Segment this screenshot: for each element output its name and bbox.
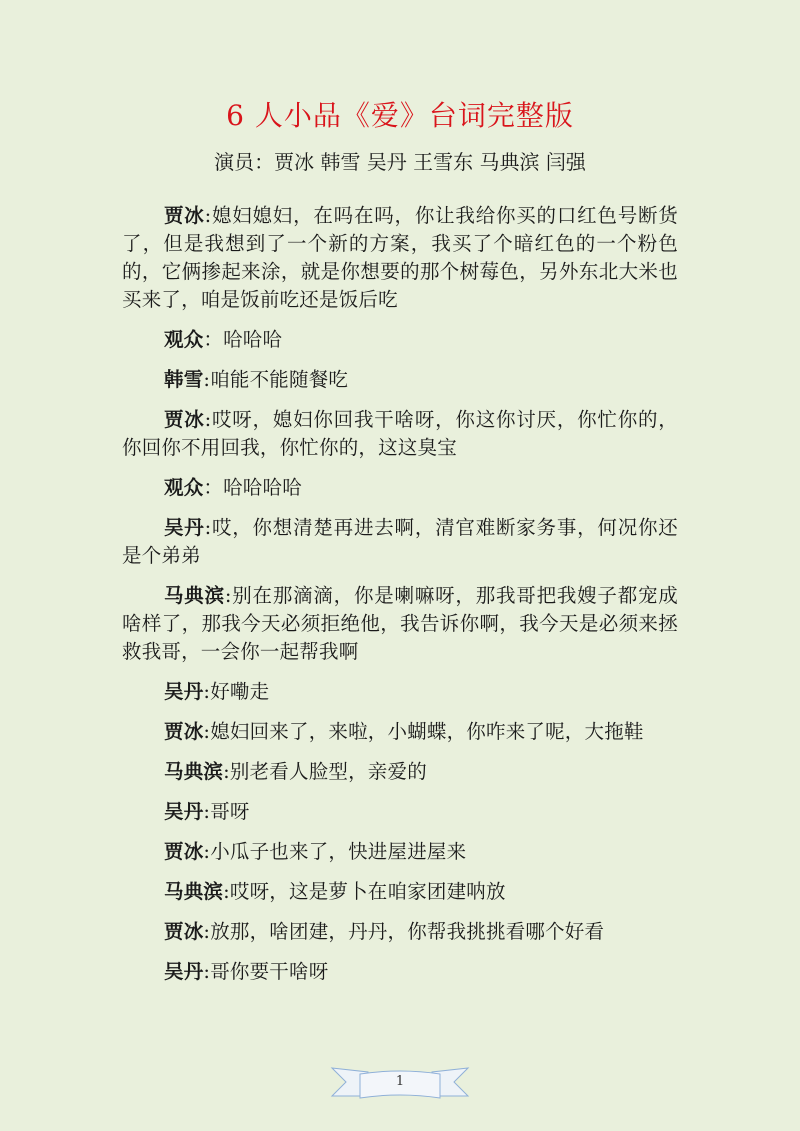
- dialogue-text: 哎呀，这是萝卜在咱家团建呐放: [230, 880, 506, 903]
- dialogue-line: 韩雪:咱能不能随餐吃: [122, 366, 678, 394]
- dialogue-line: 贾冰:媳妇媳妇，在吗在吗，你让我给你买的口红色号断货了，但是我想到了一个新的方案…: [122, 202, 678, 314]
- dialogue-line: 吴丹:哥你要干啥呀: [122, 958, 678, 986]
- dialogue-line: 马典滨:别老看人脸型，亲爱的: [122, 758, 678, 786]
- dialogue-line: 贾冰:放那，啥团建，丹丹，你帮我挑挑看哪个好看: [122, 918, 678, 946]
- speaker-name: 马典滨: [164, 584, 225, 607]
- speaker-name: 韩雪: [164, 368, 203, 391]
- speaker-name: 贾冰: [164, 840, 203, 863]
- dialogue-text: 小瓜子也来了，快进屋进屋来: [210, 840, 466, 863]
- speaker-name: 贾冰: [164, 720, 203, 743]
- dialogue-text: 好嘞走: [210, 680, 269, 703]
- dialogue-text: 媳妇回来了，来啦，小蝴蝶，你咋来了呢，大拖鞋: [210, 720, 643, 743]
- dialogue-text: 哥呀: [210, 800, 249, 823]
- dialogue-line: 观众：哈哈哈: [122, 326, 678, 354]
- dialogue-text: 放那，啥团建，丹丹，你帮我挑挑看哪个好看: [210, 920, 604, 943]
- speaker-name: 吴丹: [164, 960, 203, 983]
- cast-list: 演员：贾冰 韩雪 吴丹 王雪东 马典滨 闫强: [0, 148, 800, 176]
- dialogue-line: 吴丹:好嘞走: [122, 678, 678, 706]
- dialogue-line: 马典滨:别在那滴滴，你是喇嘛呀，那我哥把我嫂子都宠成啥样了，那我今天必须拒绝他，…: [122, 582, 678, 666]
- dialogue-line: 贾冰:哎呀，媳妇你回我干啥呀，你这你讨厌，你忙你的，你回你不用回我，你忙你的，这…: [122, 406, 678, 462]
- script-body: 贾冰:媳妇媳妇，在吗在吗，你让我给你买的口红色号断货了，但是我想到了一个新的方案…: [122, 202, 678, 998]
- dialogue-text: 哥你要干啥呀: [210, 960, 328, 983]
- dialogue-text: 别老看人脸型，亲爱的: [230, 760, 427, 783]
- speaker-separator: :: [223, 760, 230, 783]
- speaker-name: 吴丹: [164, 680, 203, 703]
- speaker-name: 吴丹: [164, 800, 203, 823]
- dialogue-line: 贾冰:媳妇回来了，来啦，小蝴蝶，你咋来了呢，大拖鞋: [122, 718, 678, 746]
- dialogue-text: 哈哈哈: [223, 328, 282, 351]
- speaker-name: 吴丹: [164, 516, 205, 539]
- speaker-name: 贾冰: [164, 408, 205, 431]
- dialogue-text: 咱能不能随餐吃: [210, 368, 348, 391]
- speaker-separator: :: [225, 584, 232, 607]
- speaker-name: 观众: [164, 328, 203, 351]
- dialogue-line: 吴丹:哥呀: [122, 798, 678, 826]
- page-title: 6 人小品《爱》台词完整版: [0, 98, 800, 134]
- speaker-separator: :: [223, 880, 230, 903]
- dialogue-line: 马典滨:哎呀，这是萝卜在咱家团建呐放: [122, 878, 678, 906]
- speaker-separator: ：: [203, 476, 223, 499]
- page-number: 1: [370, 1074, 430, 1089]
- speaker-name: 马典滨: [164, 880, 223, 903]
- speaker-separator: ：: [203, 328, 223, 351]
- speaker-name: 观众: [164, 476, 203, 499]
- dialogue-line: 吴丹:哎，你想清楚再进去啊，清官难断家务事，何况你还是个弟弟: [122, 514, 678, 570]
- dialogue-text: 哈哈哈哈: [223, 476, 302, 499]
- speaker-name: 贾冰: [164, 920, 203, 943]
- dialogue-line: 贾冰:小瓜子也来了，快进屋进屋来: [122, 838, 678, 866]
- speaker-name: 马典滨: [164, 760, 223, 783]
- dialogue-line: 观众：哈哈哈哈: [122, 474, 678, 502]
- speaker-name: 贾冰: [164, 204, 205, 227]
